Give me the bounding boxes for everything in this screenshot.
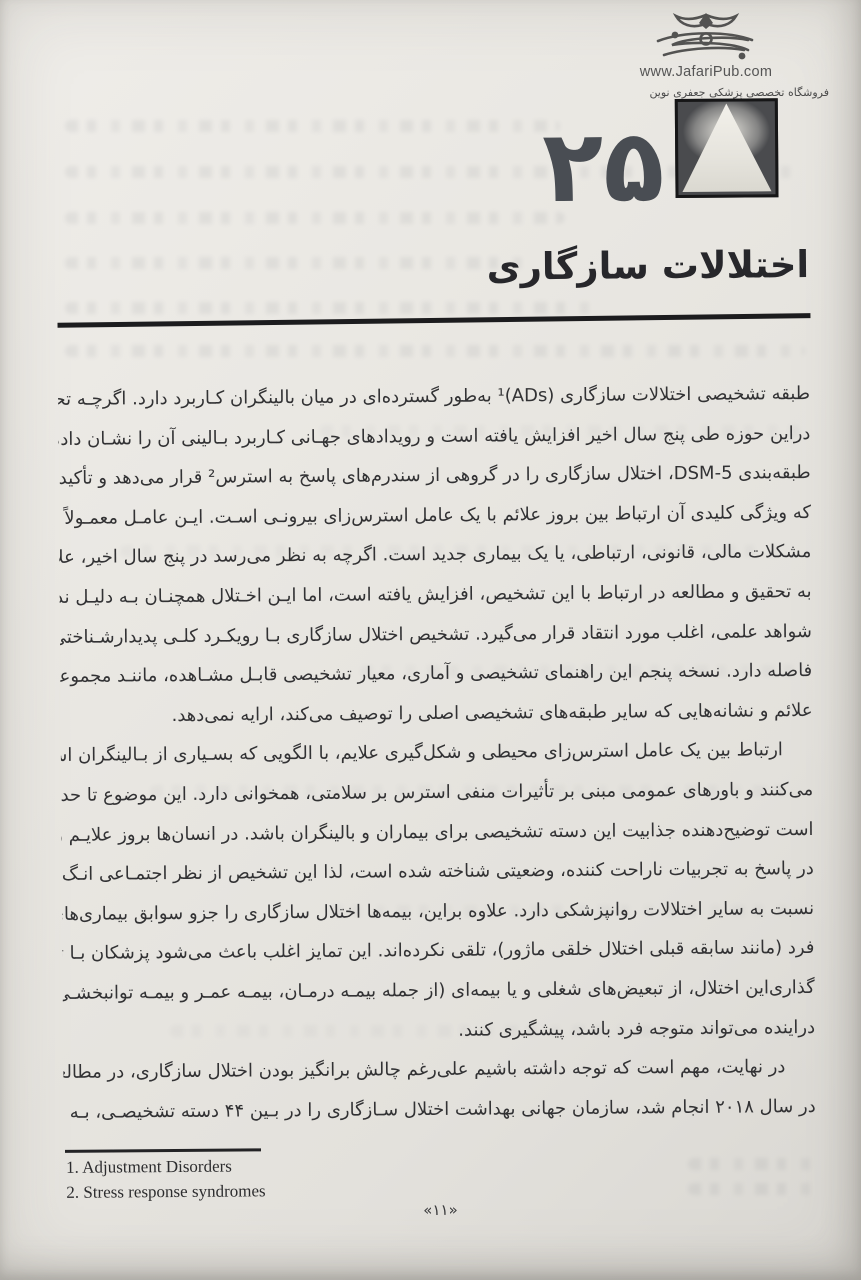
body-line: طبقه تشخیصی اختلالات سازگاری (ADs)¹ به‌ط… [58, 374, 810, 419]
footnote-item: 1. Adjustment Disorders [66, 1157, 232, 1178]
publisher-logo-icon [644, 10, 768, 66]
body-line: می‌کنند و باورهای عمومی مبنی بر تأثیرات … [61, 770, 813, 815]
body-line: در سال ۲۰۱۸ انجام شد، سازمان جهانی بهداش… [64, 1087, 816, 1132]
body-line: شواهد علمی، اغلب مورد انتقاد قرار می‌گیر… [60, 612, 812, 657]
page-content: ۲۵ اختلالات سازگاری طبقه تشخیصی اختلالات… [0, 0, 861, 1280]
chapter-title: اختلالات سازگاری [487, 243, 810, 289]
body-line: ارتباط بین یک عامل استرس‌زای محیطی و شکل… [61, 730, 813, 775]
body-line: دراینده می‌تواند متوجه فرد باشد، پیشگیری… [63, 1007, 815, 1052]
body-line: علائم و نشانه‌هایی که سایر طبقه‌های تشخی… [60, 691, 812, 736]
body-line: به تحقیق و مطالعه در ارتباط با این تشخیص… [60, 572, 812, 617]
body-line: فاصله دارد. نسخه پنجم این راهنمای تشخیصی… [60, 651, 812, 696]
body-line: طبقه‌بندی DSM-5، اختلال سازگاری را در گر… [59, 453, 811, 498]
body-line: در پاسخ به تجربیات ناراحت کننده، وضعیتی … [62, 849, 814, 894]
publisher-watermark: www.JafariPub.com فروشگاه تخصصی پزشکی جع… [581, 10, 831, 99]
book-page: www.JafariPub.com فروشگاه تخصصی پزشکی جع… [0, 0, 861, 1280]
body-line: دراین حوزه طی پنج سال اخیر افزایش یافته … [58, 414, 810, 459]
body-line: در نهایت، مهم است که توجه داشته باشیم عل… [63, 1047, 815, 1092]
body-line: نسبت به سایر اختلالات روانپزشکی دارد. عل… [62, 889, 814, 934]
body-line: که ویژگی کلیدی آن ارتباط بین بروز علائم … [59, 493, 811, 538]
body-line: است توضیح‌دهنده جذابیت این دسته تشخیصی ب… [61, 810, 813, 855]
publisher-tagline: فروشگاه تخصصی پزشکی جعفری نوین [581, 86, 831, 99]
chapter-number: ۲۵ [542, 116, 665, 217]
footnote-rule [65, 1148, 261, 1152]
publisher-website: www.JafariPub.com [581, 64, 831, 80]
body-line: گذاری‌این اختلال، از تبعیض‌های شغلی و یا… [63, 968, 815, 1013]
title-rule [57, 313, 810, 328]
body-text: طبقه تشخیصی اختلالات سازگاری (ADs)¹ به‌ط… [58, 374, 816, 1132]
footnote-item: 2. Stress response syndromes [66, 1181, 265, 1203]
chapter-image [675, 98, 779, 198]
body-line: فرد (مانند سابقه قبلی اختلال خلقی ماژور)… [62, 928, 814, 973]
body-line: مشکلات مالی، قانونی، ارتباطی، یا یک بیما… [59, 532, 811, 577]
